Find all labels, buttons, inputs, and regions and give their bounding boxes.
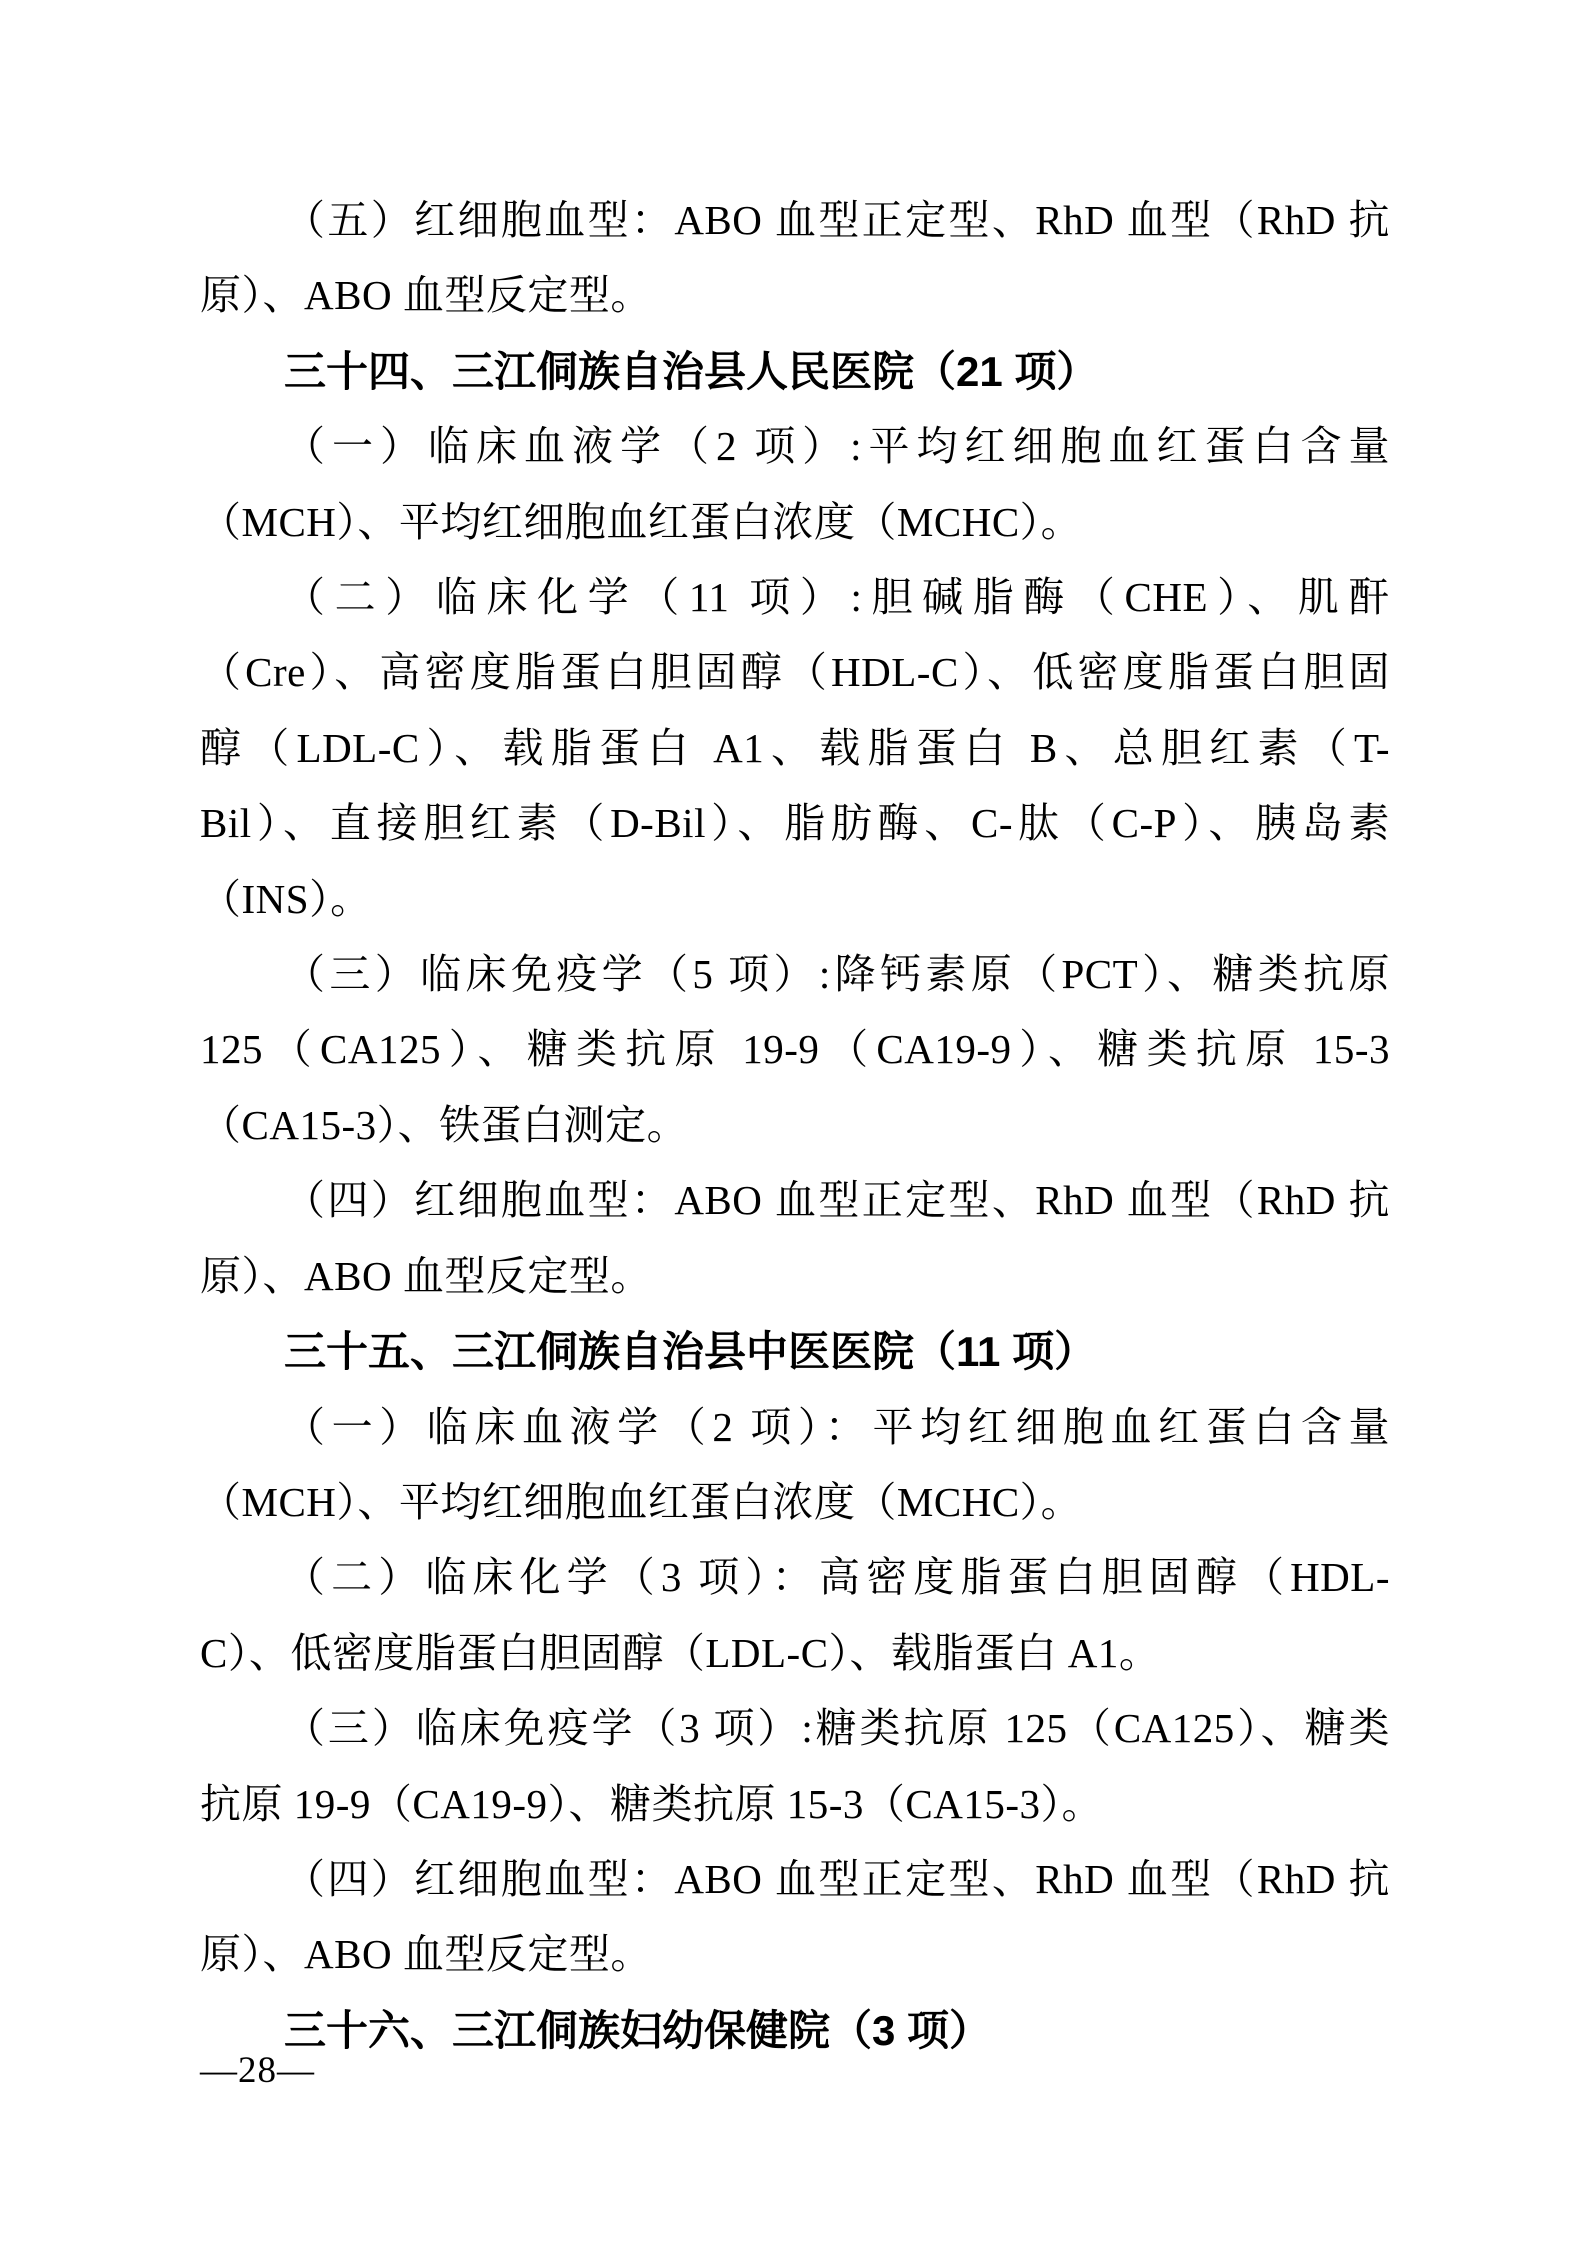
text-line: Bil）、直接胆红素（D-Bil）、脂肪酶、C-肽（C-P）、胰岛素 <box>200 786 1390 861</box>
text-line: 醇（LDL-C）、载脂蛋白 A1、载脂蛋白 B、总胆红素（T- <box>200 711 1390 786</box>
section-heading: 三十六、三江侗族妇幼保健院（3 项） <box>200 1993 1390 2068</box>
text-line: （MCH）、平均红细胞血红蛋白浓度（MCHC）。 <box>200 1465 1390 1540</box>
text-line: （MCH）、平均红细胞血红蛋白浓度（MCHC）。 <box>200 485 1390 560</box>
text-line: 125（CA125）、糖类抗原 19-9（CA19-9）、糖类抗原 15-3 <box>200 1012 1390 1087</box>
text-line: C）、低密度脂蛋白胆固醇（LDL-C）、载脂蛋白 A1。 <box>200 1616 1390 1691</box>
text-line: （一）临床血液学（2 项）：平均红细胞血红蛋白含量 <box>200 1390 1390 1465</box>
text-line: 原）、ABO 血型反定型。 <box>200 1917 1390 1992</box>
text-line: （三）临床免疫学（5 项）:降钙素原（PCT）、糖类抗原 <box>200 937 1390 1012</box>
page-number: —28— <box>200 2050 315 2092</box>
document-content: （五）红细胞血型：ABO 血型正定型、RhD 血型（RhD 抗原）、ABO 血型… <box>200 183 1390 2068</box>
document-page: （五）红细胞血型：ABO 血型正定型、RhD 血型（RhD 抗原）、ABO 血型… <box>0 0 1588 2245</box>
text-line: 抗原 19-9（CA19-9）、糖类抗原 15-3（CA15-3）。 <box>200 1767 1390 1842</box>
text-line: （Cre）、高密度脂蛋白胆固醇（HDL-C）、低密度脂蛋白胆固 <box>200 635 1390 710</box>
text-line: 原）、ABO 血型反定型。 <box>200 1239 1390 1314</box>
text-line: （三）临床免疫学（3 项）:糖类抗原 125（CA125）、糖类 <box>200 1691 1390 1766</box>
text-line: 原）、ABO 血型反定型。 <box>200 258 1390 333</box>
text-line: （一）临床血液学（2 项）:平均红细胞血红蛋白含量 <box>200 409 1390 484</box>
text-line: （INS）。 <box>200 862 1390 937</box>
text-line: （五）红细胞血型：ABO 血型正定型、RhD 血型（RhD 抗 <box>200 183 1390 258</box>
text-line: （二）临床化学（11 项）:胆碱脂酶（CHE）、肌酐 <box>200 560 1390 635</box>
text-line: （CA15-3）、铁蛋白测定。 <box>200 1088 1390 1163</box>
text-line: （四）红细胞血型：ABO 血型正定型、RhD 血型（RhD 抗 <box>200 1163 1390 1238</box>
text-line: （四）红细胞血型：ABO 血型正定型、RhD 血型（RhD 抗 <box>200 1842 1390 1917</box>
section-heading: 三十五、三江侗族自治县中医医院（11 项） <box>200 1314 1390 1389</box>
section-heading: 三十四、三江侗族自治县人民医院（21 项） <box>200 334 1390 409</box>
text-line: （二）临床化学（3 项）：高密度脂蛋白胆固醇（HDL- <box>200 1540 1390 1615</box>
